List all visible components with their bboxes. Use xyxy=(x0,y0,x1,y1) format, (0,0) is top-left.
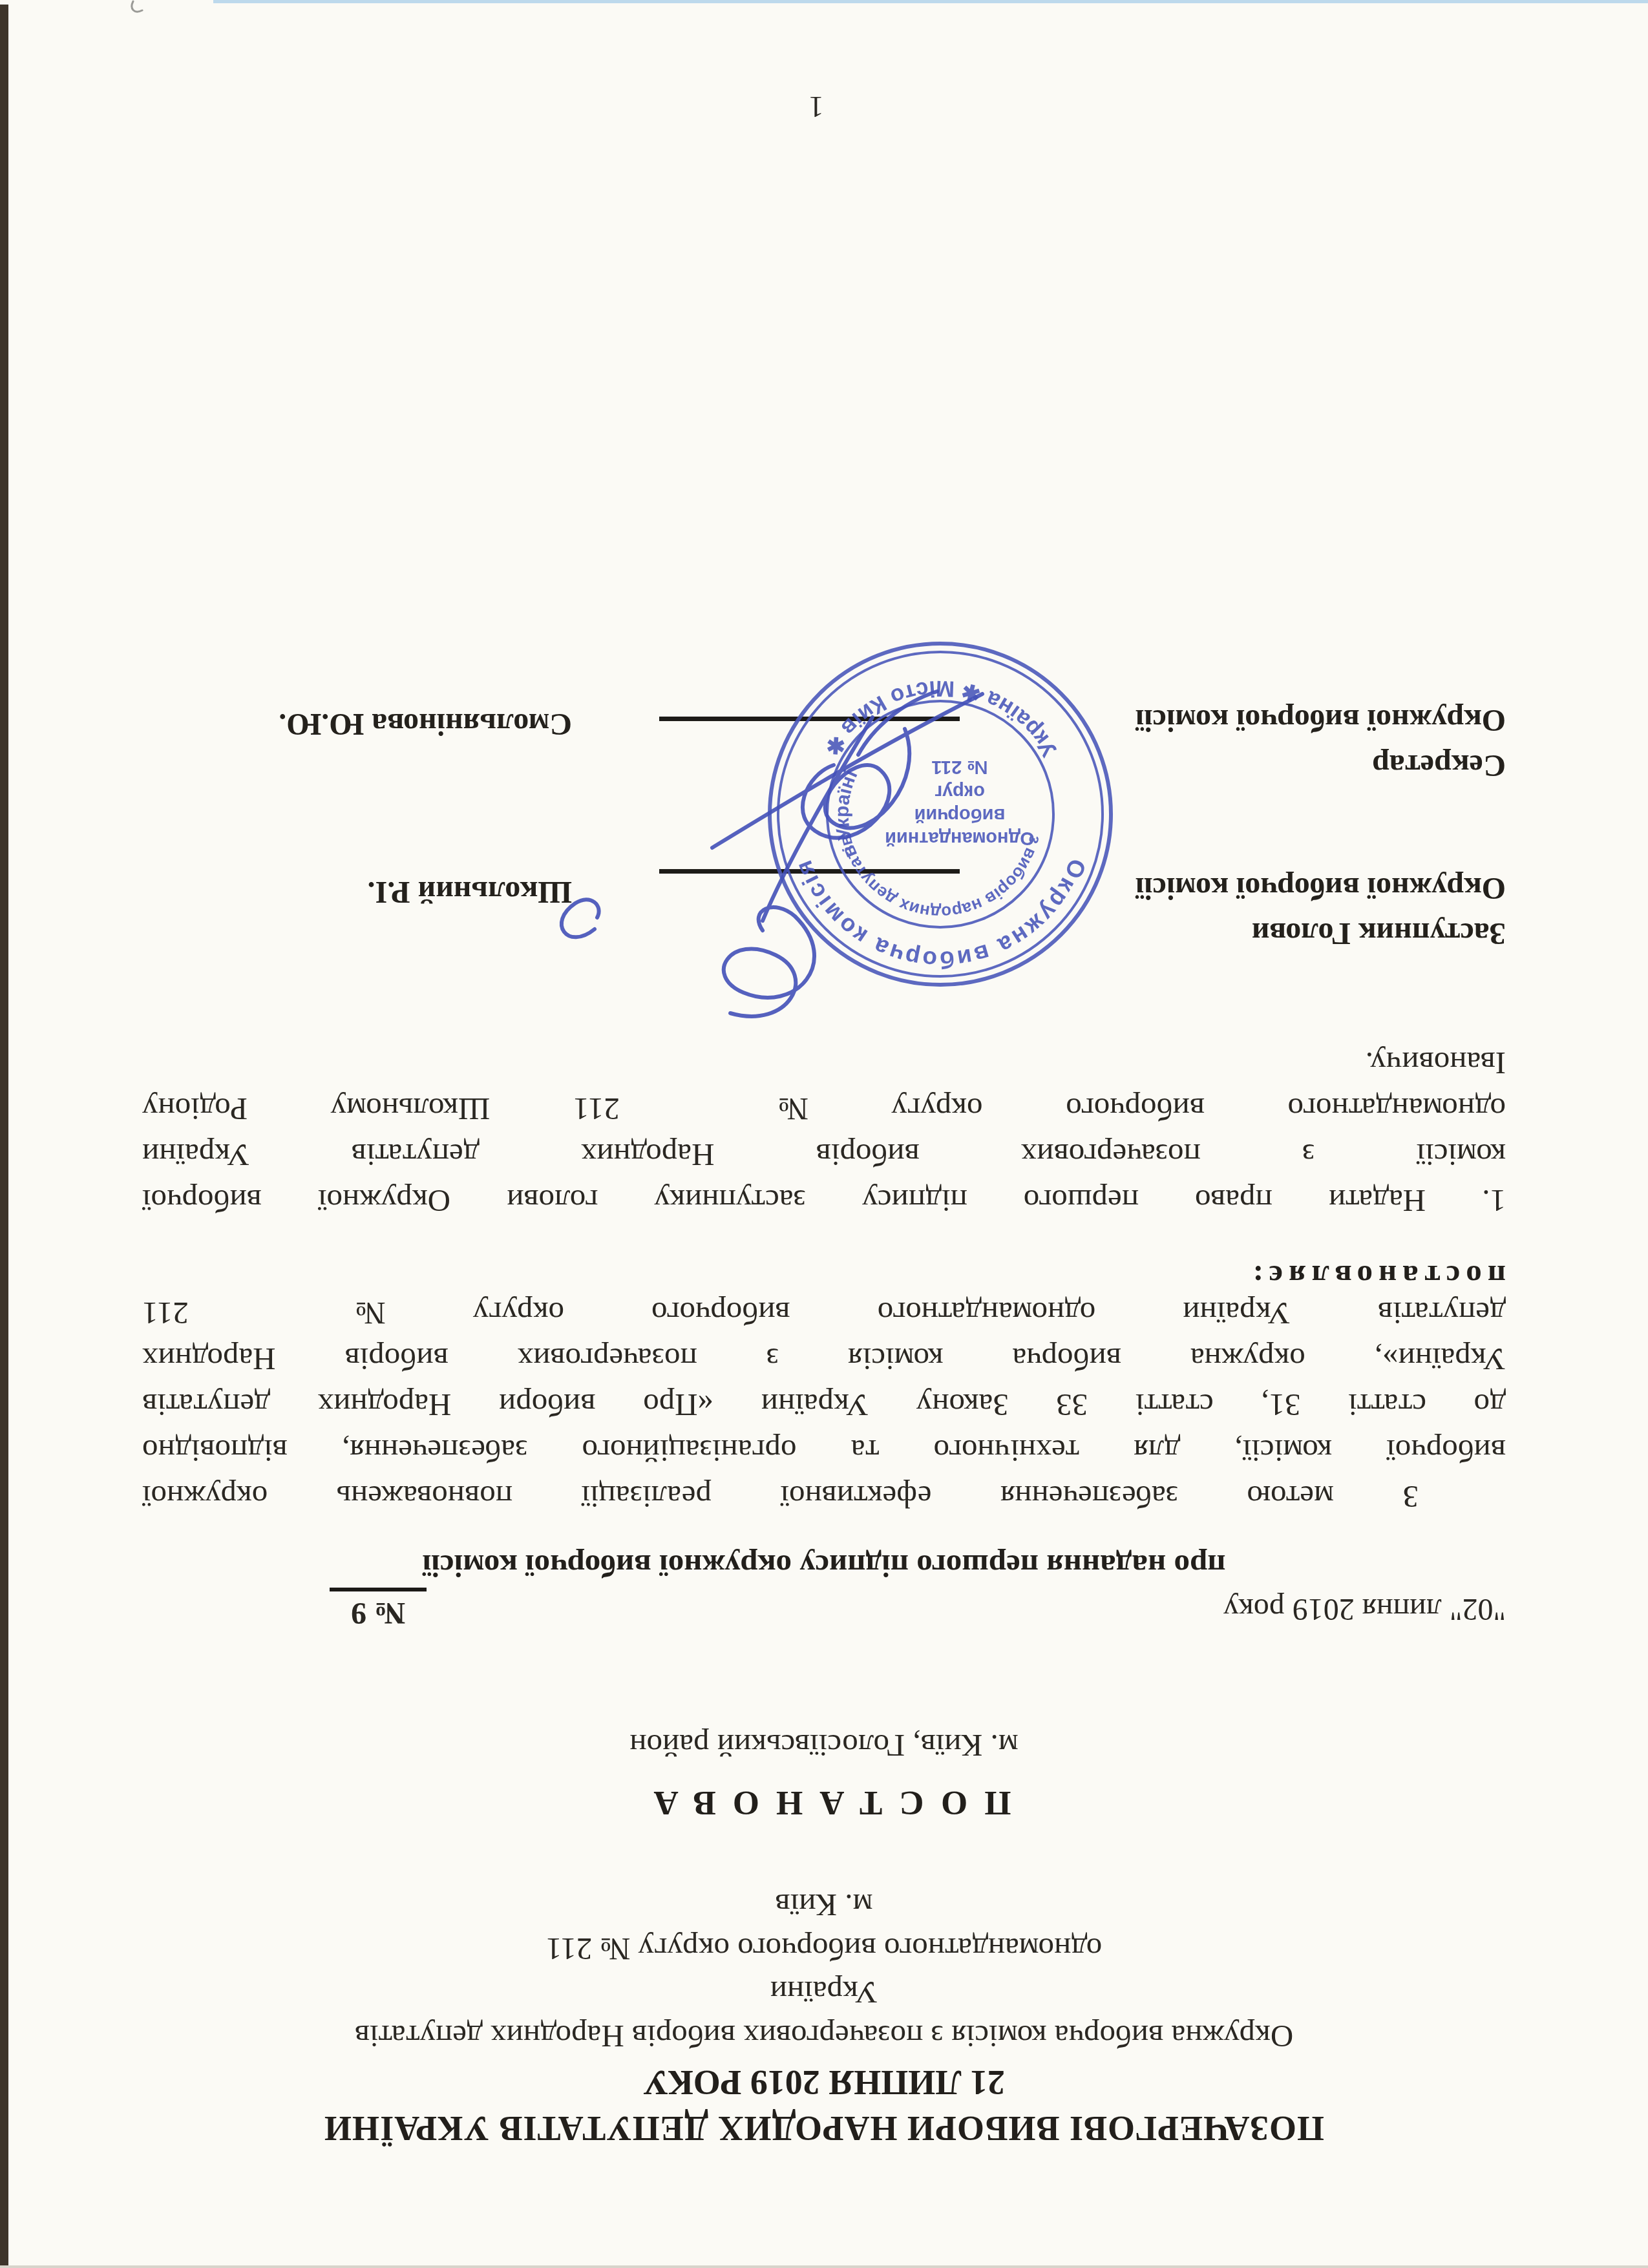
doc-date: "02" липня 2019 року xyxy=(1223,1591,1506,1627)
handwritten-signature xyxy=(485,653,1066,1053)
scan-edge-top-line xyxy=(213,0,1648,3)
item-line: 1. Надати право першого підпису заступни… xyxy=(142,1178,1506,1224)
scan-edge-left-strip xyxy=(0,5,8,2268)
preamble-line: до статті 31, статті 33 Закону України «… xyxy=(142,1382,1506,1428)
doc-header-district: одномандатного виборчого округу № 211 xyxy=(142,1931,1506,1968)
resolution-item-1: 1. Надати право першого підпису заступни… xyxy=(142,1040,1506,1224)
scan-pen-mark xyxy=(124,0,163,26)
preamble-paragraph: З метою забезпечення ефективної реалізац… xyxy=(142,1290,1506,1520)
signature-role-secretary-line1: Секретар xyxy=(1372,748,1506,783)
preamble-line: виборчої комісії, для технічного та орга… xyxy=(142,1428,1506,1474)
item-line: одномандатного виборчого округу № 211 Шк… xyxy=(142,1086,1506,1132)
doc-header-country: України xyxy=(142,1974,1506,2011)
doc-place-line: м. Київ, Голосіївський район xyxy=(142,1727,1506,1764)
preamble-line: З метою забезпечення ефективної реалізац… xyxy=(142,1474,1506,1520)
doc-kind-title: ПОСТАНОВА xyxy=(142,1783,1506,1822)
document-content-rotated-180: ПОЗАЧЕРГОВІ ВИБОРИ НАРОДИХ ДЕПУТАТІВ УКР… xyxy=(0,0,1648,2268)
signature-role-deputy-line2: Окружної виборчої комісії xyxy=(1136,870,1506,906)
doc-header-line2: 21 ЛИПНЯ 2019 РОКУ xyxy=(142,2063,1506,2103)
preamble-line: депутатів України одномандатного виборчо… xyxy=(142,1290,1506,1336)
doc-number: № 9 xyxy=(330,1588,427,1631)
doc-date-row: "02" липня 2019 року № 9 xyxy=(142,1582,1506,1627)
resolve-word: постановляє: xyxy=(142,1258,1506,1295)
signature-role-secretary-line2: Окружної виборчої комісії xyxy=(1136,702,1506,738)
doc-subject-title: про надання першого підпису окружної виб… xyxy=(142,1548,1506,1584)
doc-header-commission: Окружна виборча комісія з позачергових в… xyxy=(142,2018,1506,2055)
item-line: комісії з позачергових виборів Народних … xyxy=(142,1132,1506,1178)
signature-role-deputy-line1: Заступник Голови xyxy=(1252,916,1506,951)
doc-header-city: м. Київ xyxy=(142,1887,1506,1924)
preamble-line: України», окружна виборча комісія з поза… xyxy=(142,1336,1506,1382)
scan-edge-bottom-line xyxy=(0,2265,1648,2268)
doc-header-line1: ПОЗАЧЕРГОВІ ВИБОРИ НАРОДИХ ДЕПУТАТІВ УКР… xyxy=(142,2108,1506,2148)
page-number: 1 xyxy=(142,90,1506,124)
scanned-document-page: ПОЗАЧЕРГОВІ ВИБОРИ НАРОДИХ ДЕПУТАТІВ УКР… xyxy=(0,0,1648,2268)
